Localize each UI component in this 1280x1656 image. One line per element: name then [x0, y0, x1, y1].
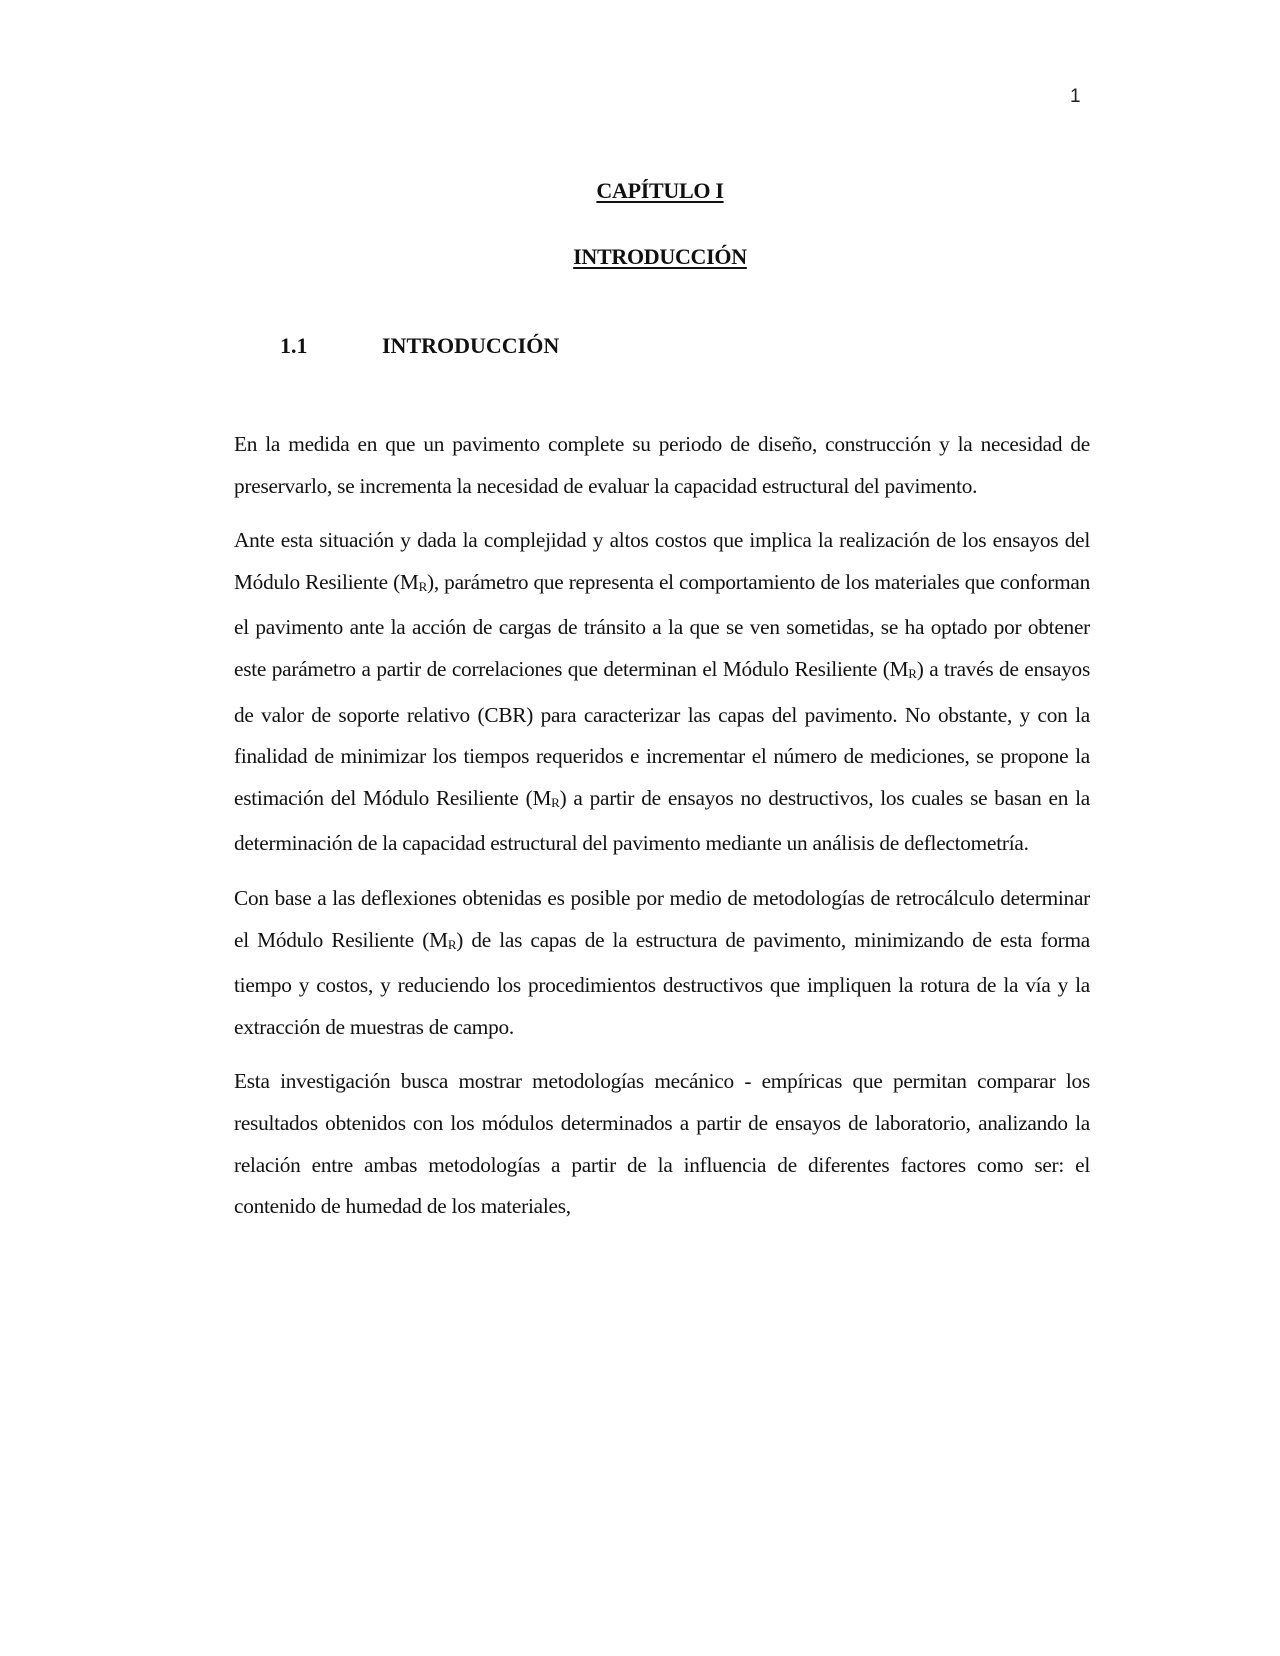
paragraph-text: En la medida en que un pavimento complet… [234, 432, 1090, 498]
paragraph-3: Con base a las deflexiones obtenidas es … [234, 878, 1090, 1048]
subscript: R [908, 666, 916, 681]
paragraph-text: Esta investigación busca mostrar metodol… [234, 1069, 1090, 1218]
subscript: R [551, 795, 559, 810]
section-title: INTRODUCCIÓN [382, 333, 559, 359]
section-heading: 1.1 INTRODUCCIÓN [280, 333, 559, 359]
paragraph-2: Ante esta situación y dada la complejida… [234, 520, 1090, 865]
chapter-title: INTRODUCCIÓN [0, 244, 1280, 270]
paragraph-1: En la medida en que un pavimento complet… [234, 424, 1090, 507]
subscript: R [419, 579, 427, 594]
subscript: R [448, 937, 456, 952]
body-text: En la medida en que un pavimento complet… [234, 424, 1090, 1241]
chapter-heading: CAPÍTULO I [0, 178, 1280, 204]
section-number: 1.1 [280, 333, 382, 359]
paragraph-4: Esta investigación busca mostrar metodol… [234, 1061, 1090, 1227]
page-number: 1 [1070, 86, 1081, 108]
